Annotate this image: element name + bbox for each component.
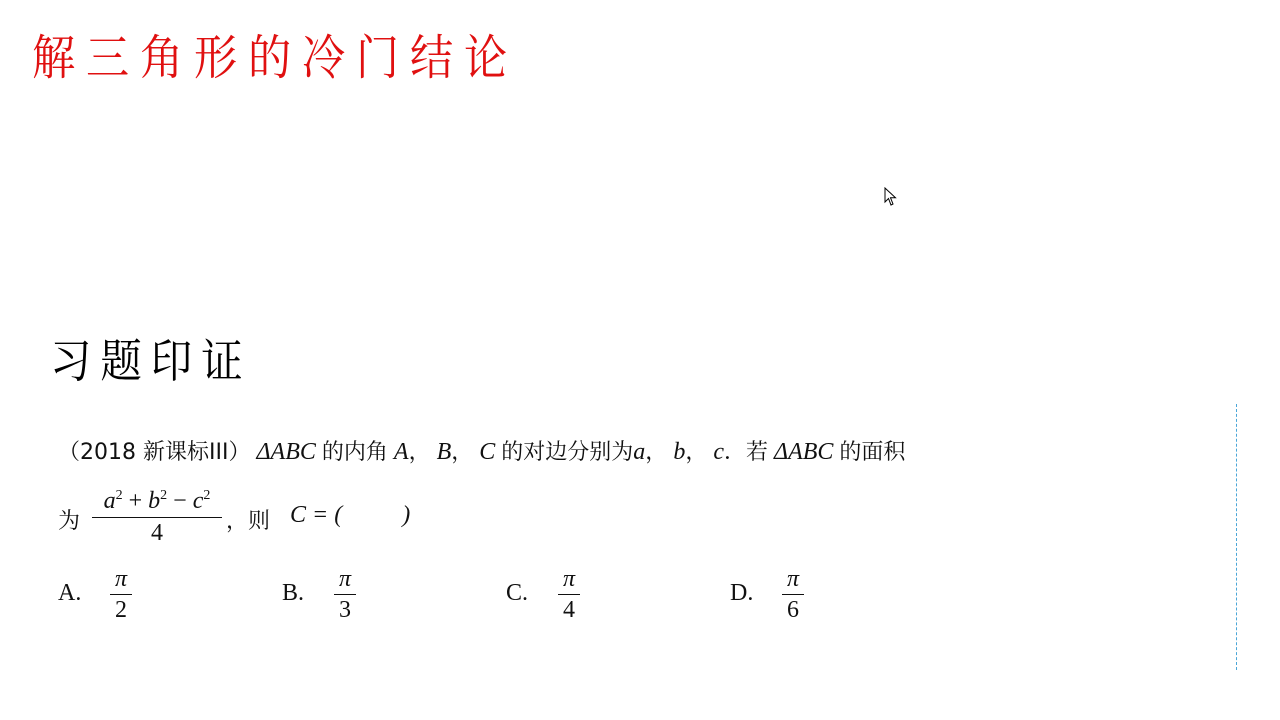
dashed-divider	[1236, 404, 1237, 670]
area-fraction: a2 + b2 − c2 4	[92, 482, 222, 548]
comma: ，	[451, 440, 473, 465]
text: 的内角	[322, 440, 388, 465]
var-c-angle: C	[479, 439, 495, 465]
var-b-angle: B	[437, 439, 452, 465]
fraction-numerator: a2 + b2 − c2	[92, 482, 222, 518]
question-source: （2018 新课标III）	[58, 440, 250, 465]
option-fraction: π4	[558, 566, 580, 625]
comma: ，	[685, 440, 707, 465]
var-a-angle: A	[394, 439, 409, 465]
text: 为	[58, 504, 80, 535]
option-label: B.	[282, 580, 304, 607]
option-label: A.	[58, 580, 81, 607]
section-title: 习题印证	[50, 332, 252, 390]
denominator: 4	[558, 595, 580, 625]
option-fraction: π2	[110, 566, 132, 625]
answer-expression: C = ( )	[290, 502, 410, 529]
triangle-abc: ΔABC	[256, 439, 315, 465]
numerator: π	[110, 566, 132, 595]
var-c-side: c	[713, 439, 724, 465]
text: 的面积	[839, 440, 905, 465]
numerator: π	[558, 566, 580, 595]
text: 的对边分别为	[501, 440, 633, 465]
question-line-1: （2018 新课标III） ΔABC 的内角 A， B， C 的对边分别为a， …	[58, 436, 905, 469]
comma: ，	[645, 440, 667, 465]
fraction-denominator: 4	[92, 518, 222, 548]
comma: ，	[409, 440, 431, 465]
text: ．若	[724, 440, 768, 465]
var-a-side: a	[633, 439, 645, 465]
numerator: π	[782, 566, 804, 595]
var-b-side: b	[673, 439, 685, 465]
denominator: 2	[110, 595, 132, 625]
option-fraction: π6	[782, 566, 804, 625]
triangle-abc: ΔABC	[774, 439, 833, 465]
option-label: C.	[506, 580, 528, 607]
denominator: 6	[782, 595, 804, 625]
denominator: 3	[334, 595, 356, 625]
option-fraction: π3	[334, 566, 356, 625]
numerator: π	[334, 566, 356, 595]
mouse-cursor-icon	[884, 187, 898, 211]
text: ，则	[226, 504, 270, 535]
page-title: 解三角形的冷门结论	[32, 28, 518, 88]
option-label: D.	[730, 580, 753, 607]
